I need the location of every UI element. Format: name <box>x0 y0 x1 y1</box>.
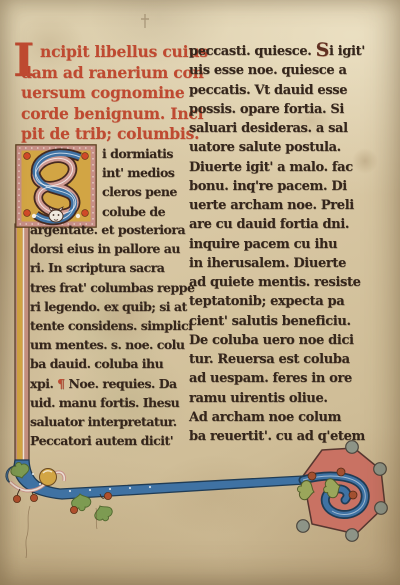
text-line: ramu uirentis oliue. <box>189 389 365 408</box>
text-line: tente considens. simplici <box>30 316 194 335</box>
text-line: cleros pene <box>102 182 177 201</box>
text-line: De coluba uero noe dici <box>189 331 365 350</box>
text-line: peccasti. quiesce. Si igit' <box>189 40 365 61</box>
column2-text: peccasti. quiesce. Si igit' uis esse noe… <box>189 40 365 446</box>
rubric-line: dam ad ranerium con <box>16 63 208 84</box>
text-line: bonu. inq're pacem. Di <box>189 177 365 196</box>
column1-text: argentate. et posteriora dorsi eius in p… <box>30 220 194 450</box>
text-line: Ad archam noe colum <box>189 408 365 427</box>
text-line: ba dauid. coluba ihu <box>30 354 194 373</box>
line-fragment: xpi. <box>30 376 57 391</box>
paraph-mark: ¶ <box>57 376 64 391</box>
text-line: saluator interpretatur. <box>30 412 194 431</box>
text-line: argentate. et posteriora <box>30 220 194 239</box>
text-line: cient' salutis beneficiu. <box>189 312 365 331</box>
text-line: colube de <box>102 202 177 221</box>
rubric-block: I ncipit libellus cuius dam ad ranerium … <box>16 42 208 145</box>
line-fragment: peccasti. quiesce. <box>189 44 316 59</box>
text-line: possis. opare fortia. Si <box>189 100 365 119</box>
corner-foliage <box>14 460 304 499</box>
text-line: uis esse noe. quiesce a <box>189 61 365 80</box>
illuminated-initial-s <box>14 143 98 229</box>
text-line: uatore salute postula. <box>189 138 365 157</box>
rubric-line: corde benignum. Inci <box>16 104 208 125</box>
rubric-line: uersum cognomine <box>16 83 208 104</box>
text-line: tur. Reuersa est coluba <box>189 350 365 369</box>
pen-initial-s: S <box>316 39 329 61</box>
rubric-line: pit de trib; columbis. <box>16 124 208 145</box>
text-line: ri. In scriptura sacra <box>30 258 194 277</box>
ivy-leaf-icon <box>92 502 115 524</box>
text-line: teptatonib; expecta pa <box>189 292 365 311</box>
text-line: inquire pacem cu ihu <box>189 235 365 254</box>
text-line: tres frat' columbas reppe <box>30 278 194 297</box>
text-line: ad uespam. feres in ore <box>189 369 365 388</box>
quire-mark-icon <box>138 12 152 32</box>
text-line: uerte archam noe. Preli <box>189 196 365 215</box>
line-fragment: Noe. requies. Da <box>65 376 177 391</box>
text-line: saluari desideras. a sal <box>189 119 365 138</box>
manuscript-page: I ncipit libellus cuius dam ad ranerium … <box>0 0 400 585</box>
rubric-line: ncipit libellus cuius <box>16 42 208 63</box>
text-line: ri legendo. ex quib; si at <box>30 297 194 316</box>
text-line: ad quiete mentis. resiste <box>189 273 365 292</box>
text-line: peccatis. Vt dauid esse <box>189 81 365 100</box>
bar-border-bottom <box>0 432 400 585</box>
text-line: dorsi eius in pallore au <box>30 239 194 258</box>
text-line: um mentes. s. noe. colu <box>30 335 194 354</box>
text-line: are cu dauid fortia dni. <box>189 215 365 234</box>
text-line: uid. manu fortis. Ihesu <box>30 393 194 412</box>
text-line: i dormiatis <box>102 144 177 163</box>
text-line: in iherusalem. Diuerte <box>189 254 365 273</box>
text-line: xpi. ¶ Noe. requies. Da <box>30 374 194 393</box>
pen-flourish <box>26 506 97 558</box>
line-fragment: i igit' <box>329 44 365 59</box>
rubric-initial-i: I <box>13 37 34 83</box>
column1-indented-lines: i dormiatis int' medios cleros pene colu… <box>102 144 177 221</box>
text-line: int' medios <box>102 163 177 182</box>
text-line: Diuerte igit' a malo. fac <box>189 158 365 177</box>
